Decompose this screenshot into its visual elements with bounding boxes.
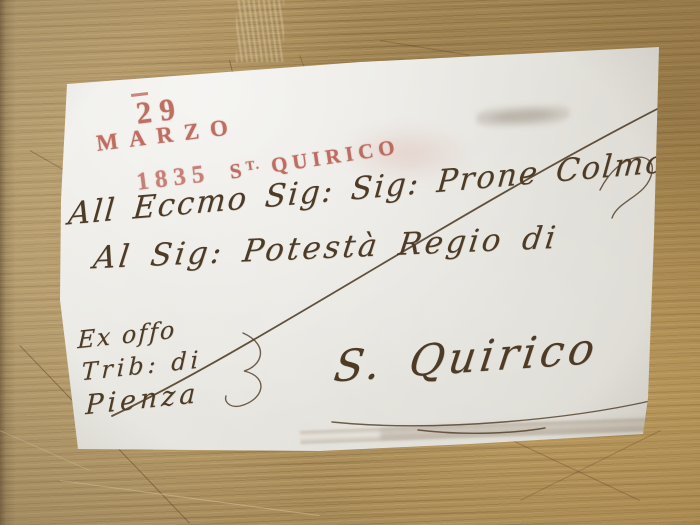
postmark-office-t: T. [245,156,262,173]
wood-scratch [380,40,470,56]
wood-scratch [0,430,90,471]
wood-scratch [60,480,320,516]
wood-mottled-patch [236,0,284,62]
wood-scratch [520,430,661,501]
